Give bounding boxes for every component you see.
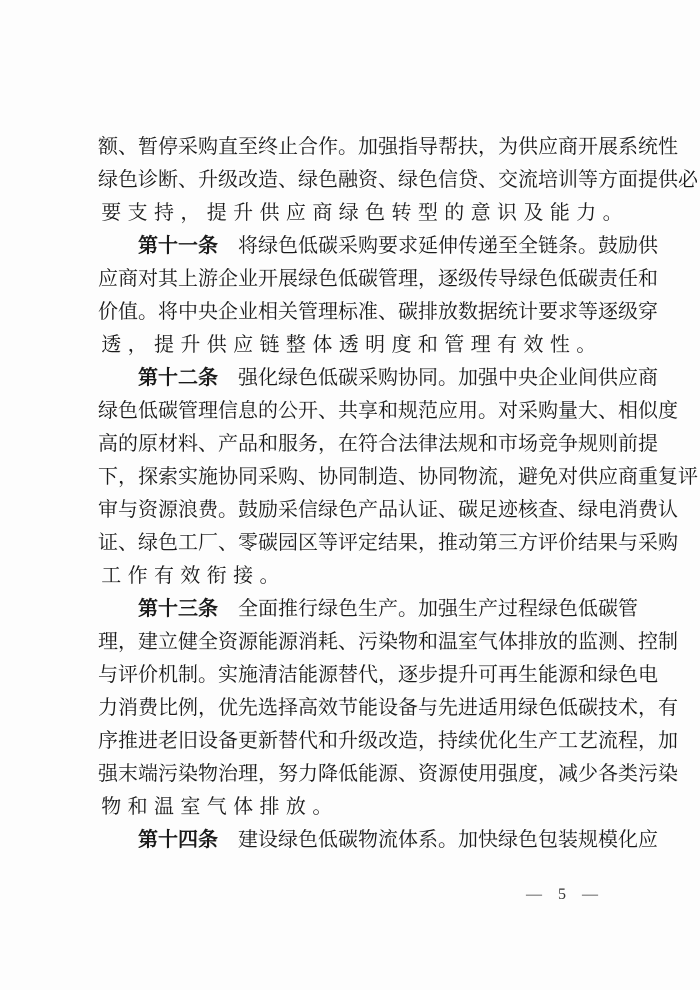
article-paragraph-start: 第十四条 建设绿色低碳物流体系。加快绿色包装规模化应 xyxy=(98,823,626,856)
text-line: 与评价机制。实施清洁能源替代，逐步提升可再生能源和绿色电 xyxy=(98,658,626,691)
article-paragraph-start: 第十三条 全面推行绿色生产。加强生产过程绿色低碳管 xyxy=(98,592,626,625)
document-body: 额、暂停采购直至终止合作。加强指导帮扶，为供应商开展系统性绿色诊断、升级改造、绿… xyxy=(98,130,626,856)
text-line: 价值。将中央企业相关管理标准、碳排放数据统计要求等逐级穿 xyxy=(98,295,626,328)
text-line: 额、暂停采购直至终止合作。加强指导帮扶，为供应商开展系统性 xyxy=(98,130,626,163)
text-line: 序推进老旧设备更新替代和升级改造，持续优化生产工艺流程，加 xyxy=(98,724,626,757)
text-line: 理，建立健全资源能源消耗、污染物和温室气体排放的监测、控制 xyxy=(98,625,626,658)
text-line: 审与资源浪费。鼓励采信绿色产品认证、碳足迹核查、绿电消费认 xyxy=(98,493,626,526)
page-number: — 5 — xyxy=(526,886,604,904)
text-line: 力消费比例，优先选择高效节能设备与先进适用绿色低碳技术，有 xyxy=(98,691,626,724)
document-page: 额、暂停采购直至终止合作。加强指导帮扶，为供应商开展系统性绿色诊断、升级改造、绿… xyxy=(0,0,700,990)
text-line: 高的原材料、产品和服务，在符合法律法规和市场竞争规则前提 xyxy=(98,427,626,460)
text-line: 工作有效衔接。 xyxy=(98,559,626,592)
text-line: 透，提升供应链整体透明度和管理有效性。 xyxy=(98,328,626,361)
text-line: 证、绿色工厂、零碳园区等评定结果，推动第三方评价结果与采购 xyxy=(98,526,626,559)
text-line: 绿色诊断、升级改造、绿色融资、绿色信贷、交流培训等方面提供必 xyxy=(98,163,626,196)
text-line: 物和温室气体排放。 xyxy=(98,790,626,823)
text-line: 绿色低碳管理信息的公开、共享和规范应用。对采购量大、相似度 xyxy=(98,394,626,427)
text-line: 强末端污染物治理，努力降低能源、资源使用强度，减少各类污染 xyxy=(98,757,626,790)
text-line: 要支持，提升供应商绿色转型的意识及能力。 xyxy=(98,196,626,229)
text-line: 下，探索实施协同采购、协同制造、协同物流，避免对供应商重复评 xyxy=(98,460,626,493)
text-line: 应商对其上游企业开展绿色低碳管理，逐级传导绿色低碳责任和 xyxy=(98,262,626,295)
article-paragraph-start: 第十一条 将绿色低碳采购要求延伸传递至全链条。鼓励供 xyxy=(98,229,626,262)
article-paragraph-start: 第十二条 强化绿色低碳采购协同。加强中央企业间供应商 xyxy=(98,361,626,394)
